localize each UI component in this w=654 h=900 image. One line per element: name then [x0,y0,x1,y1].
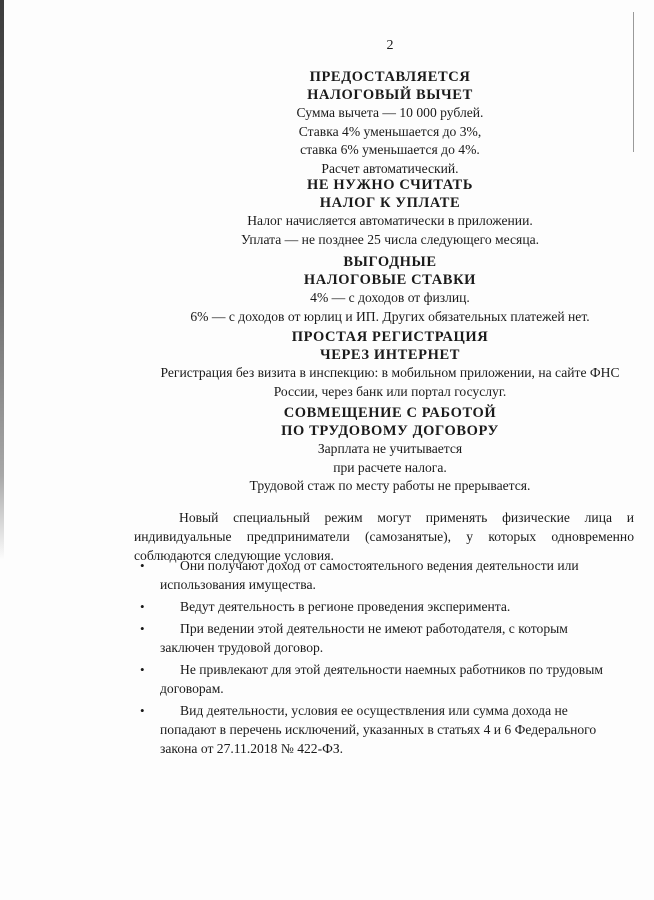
section-tax-deduction: ПРЕДОСТАВЛЯЕТСЯНАЛОГОВЫЙ ВЫЧЕТ Сумма выч… [100,68,654,178]
list-item: • Ведут деятельность в регионе проведени… [134,597,634,616]
bullet-icon: • [140,619,145,638]
bullet-icon: • [140,597,145,616]
section-text: 6% — с доходов от юрлиц и ИП. Других обя… [100,308,654,327]
section-heading: ВЫГОДНЫЕНАЛОГОВЫЕ СТАВКИ [100,253,654,289]
section-heading: НЕ НУЖНО СЧИТАТЬНАЛОГ К УПЛАТЕ [100,176,654,212]
section-text: России, через банк или портал госуслуг. [100,383,654,402]
section-text: Ставка 4% уменьшается до 3%, [100,123,654,142]
section-heading: ПРЕДОСТАВЛЯЕТСЯНАЛОГОВЫЙ ВЫЧЕТ [100,68,654,104]
section-employment: СОВМЕЩЕНИЕ С РАБОТОЙПО ТРУДОВОМУ ДОГОВОР… [100,404,654,496]
section-tax-rates: ВЫГОДНЫЕНАЛОГОВЫЕ СТАВКИ 4% — с доходов … [100,253,654,326]
bullet-icon: • [140,556,145,575]
section-text: Зарплата не учитывается [100,440,654,459]
section-text: ставка 6% уменьшается до 4%. [100,141,654,160]
intro-line: Новый специальный режим могут применять … [134,508,634,527]
section-auto-calculation: НЕ НУЖНО СЧИТАТЬНАЛОГ К УПЛАТЕ Налог нач… [100,176,654,249]
list-item: • Не привлекают для этой деятельности на… [134,660,634,698]
list-item: • При ведении этой деятельности не имеют… [134,619,634,657]
scan-edge-shadow [0,0,4,560]
section-text: Сумма вычета — 10 000 рублей. [100,104,654,123]
list-item: • Вид деятельности, условия ее осуществл… [134,701,634,758]
page-number: 2 [0,38,654,54]
section-text: Налог начисляется автоматически в прилож… [100,212,654,231]
section-heading: ПРОСТАЯ РЕГИСТРАЦИЯЧЕРЕЗ ИНТЕРНЕТ [100,328,654,364]
bullet-icon: • [140,701,145,720]
section-text: 4% — с доходов от физлиц. [100,289,654,308]
list-item: • Они получают доход от самостоятельного… [134,556,634,594]
bullet-icon: • [140,660,145,679]
section-text: Трудовой стаж по месту работы не прерыва… [100,477,654,496]
conditions-list: • Они получают доход от самостоятельного… [134,556,634,761]
section-registration: ПРОСТАЯ РЕГИСТРАЦИЯЧЕРЕЗ ИНТЕРНЕТ Регист… [100,328,654,401]
section-heading: СОВМЕЩЕНИЕ С РАБОТОЙПО ТРУДОВОМУ ДОГОВОР… [100,404,654,440]
section-text: Уплата — не позднее 25 числа следующего … [100,231,654,250]
intro-line: индивидуальные предприниматели (самозаня… [134,527,634,546]
section-text: при расчете налога. [100,459,654,478]
section-text: Регистрация без визита в инспекцию: в мо… [100,364,654,383]
